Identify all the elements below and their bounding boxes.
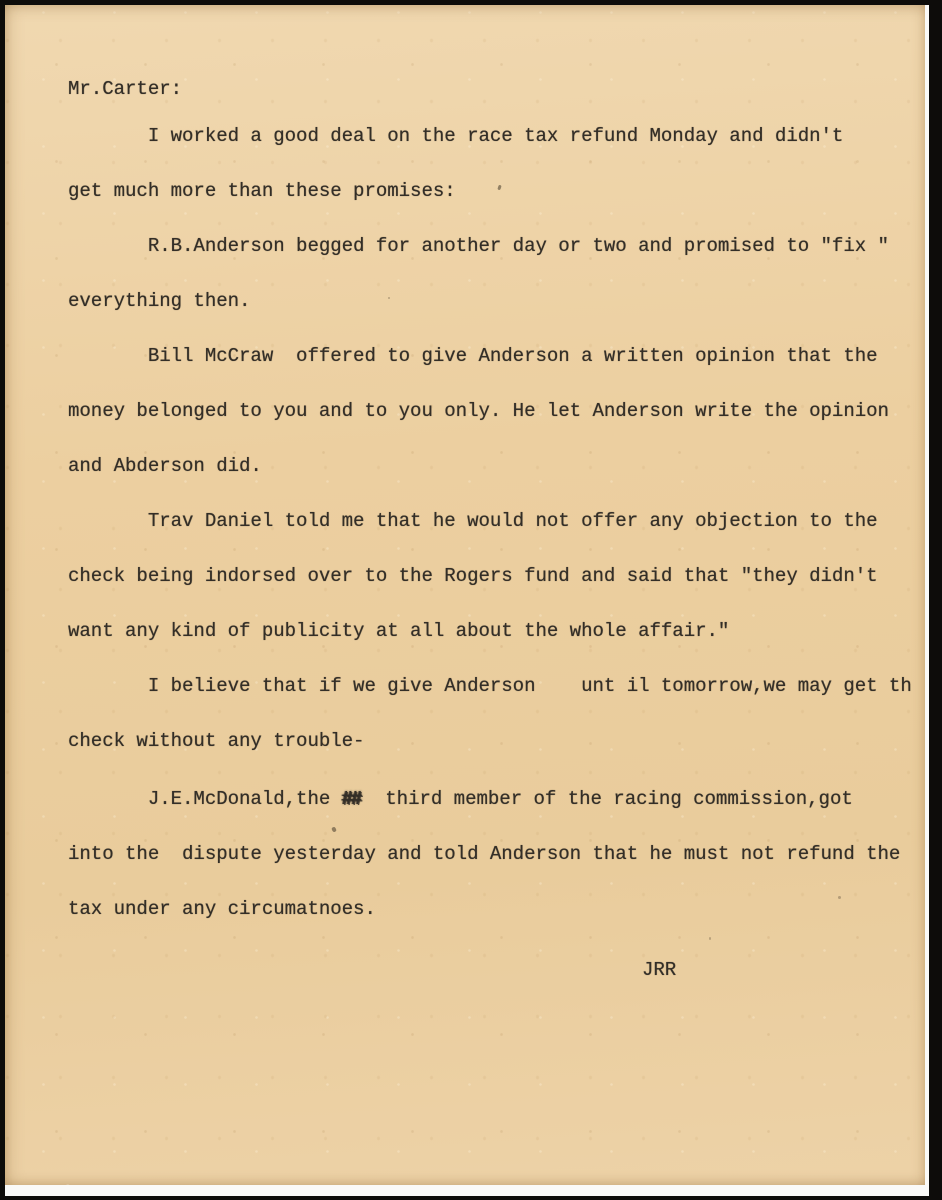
memo-line: tax under any circumatnoes. — [68, 897, 925, 952]
memo-line: R.B.Anderson begged for another day or t… — [68, 234, 925, 289]
memo-line-prefix: J.E.McDonald,the — [68, 788, 342, 810]
memo-line: Bill McCraw offered to give Anderson a w… — [68, 344, 925, 399]
signature: JRR — [642, 958, 925, 982]
ink-speck — [388, 297, 390, 299]
ink-speck — [838, 896, 841, 899]
memo-line-suffix: third member of the racing commission,go… — [362, 788, 852, 810]
torn-paper-edge — [5, 1180, 155, 1196]
memo-text: Mr.Carter: I worked a good deal on the r… — [5, 5, 925, 982]
memo-line: I worked a good deal on the race tax ref… — [68, 124, 925, 179]
memo-line: check being indorsed over to the Rogers … — [68, 564, 925, 619]
memo-line: everything then. — [68, 289, 925, 344]
memo-line-mcdonald: J.E.McDonald,the ## third member of the … — [68, 787, 925, 842]
memo-line: money belonged to you and to you only. H… — [68, 399, 925, 454]
salutation-line: Mr.Carter: — [68, 77, 925, 124]
memo-line: and Abderson did. — [68, 454, 925, 509]
memo-line: want any kind of publicity at all about … — [68, 619, 925, 674]
memo-line: into the dispute yesterday and told Ande… — [68, 842, 925, 897]
memo-paper: Mr.Carter: I worked a good deal on the r… — [5, 5, 929, 1196]
memo-line: Trav Daniel told me that he would not of… — [68, 509, 925, 564]
memo-line: check without any trouble- — [68, 729, 925, 787]
scanned-memo-page: Mr.Carter: I worked a good deal on the r… — [0, 0, 942, 1200]
strikeover-mark: ## — [342, 788, 361, 810]
memo-line: get much more than these promises: — [68, 179, 925, 234]
ink-speck — [709, 937, 711, 940]
memo-line: I believe that if we give Anderson unt i… — [68, 674, 925, 729]
